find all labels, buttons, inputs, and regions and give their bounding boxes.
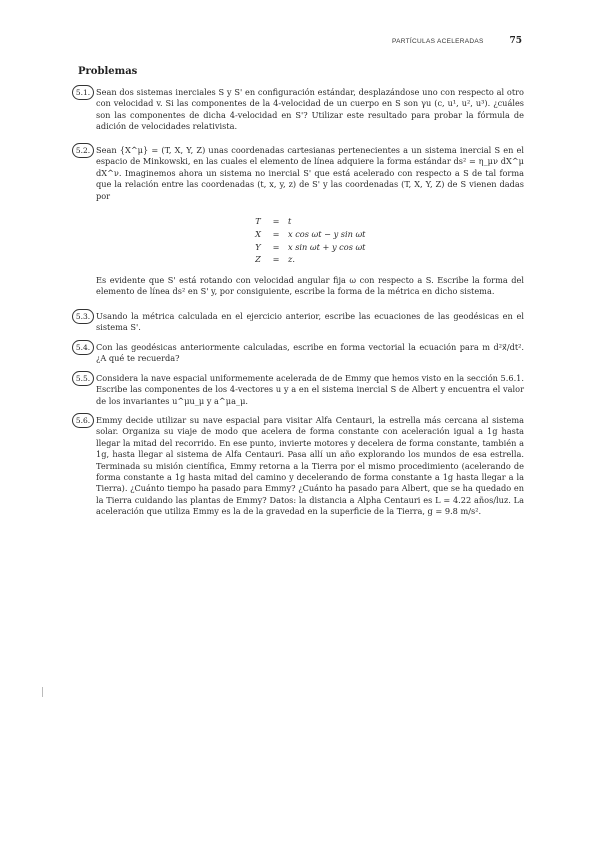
problem-5-6: 5.6. Emmy decide utilizar su nave espaci…	[72, 415, 524, 518]
equation-row: X = x cos ωt − y sin ωt	[252, 228, 365, 241]
problem-number-badge: 5.5.	[72, 371, 94, 386]
margin-pencil-mark	[42, 687, 43, 697]
coordinate-equations: T = t X = x cos ωt − y sin ωt Y = x sin …	[252, 215, 365, 266]
equation-row: T = t	[252, 215, 365, 228]
problem-5-5: 5.5. Considera la nave espacial uniforme…	[72, 373, 524, 407]
problem-number-badge: 5.6.	[72, 413, 94, 428]
problem-number-badge: 5.3.	[72, 309, 94, 324]
problem-number-badge: 5.4.	[72, 340, 94, 355]
problem-5-2-followup: Es evidente que S' está rotando con velo…	[96, 275, 524, 298]
problem-text: Emmy decide utilizar su nave espacial pa…	[96, 415, 524, 518]
equation-row: Y = x sin ωt + y cos ωt	[252, 241, 365, 254]
problem-text: Usando la métrica calculada en el ejerci…	[96, 311, 524, 334]
problem-text: Con las geodésicas anteriormente calcula…	[96, 342, 524, 365]
running-title: PARTÍCULAS ACELERADAS	[392, 38, 484, 45]
problem-number-badge: 5.1.	[72, 85, 94, 100]
problem-text: Considera la nave espacial uniformemente…	[96, 373, 524, 407]
page-number: 75	[509, 36, 522, 46]
problem-text: Sean {X^μ} = (T, X, Y, Z) unas coordenad…	[96, 145, 524, 202]
section-title: Problemas	[78, 66, 137, 77]
problem-5-1: 5.1. Sean dos sistemas inerciales S y S'…	[72, 87, 524, 133]
problem-5-3: 5.3. Usando la métrica calculada en el e…	[72, 311, 524, 334]
problem-5-4: 5.4. Con las geodésicas anteriormente ca…	[72, 342, 524, 365]
equation-row: Z = z.	[252, 253, 365, 266]
problem-number-badge: 5.2.	[72, 143, 94, 158]
problem-text: Sean dos sistemas inerciales S y S' en c…	[96, 87, 524, 133]
problem-5-2: 5.2. Sean {X^μ} = (T, X, Y, Z) unas coor…	[72, 145, 524, 202]
page-header: PARTÍCULAS ACELERADAS 75	[392, 36, 522, 50]
